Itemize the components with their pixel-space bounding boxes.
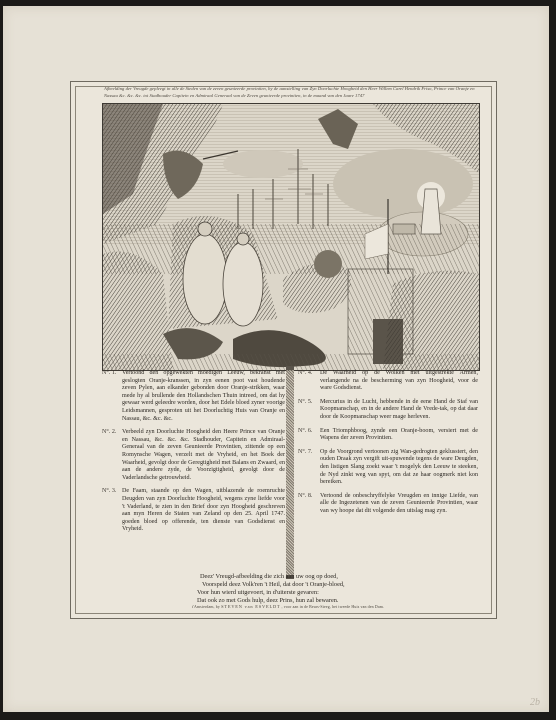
description-item: N°. 7. Op de Voorgrond vertoonen zig Wan… [298,449,478,487]
pencil-annotation: 2b [530,697,540,708]
description-item: N°. 2. Verbeeld zyn Doorluchte Hoogheid … [102,429,285,482]
item-number: N°. 7. [298,449,320,487]
description-item: N°. 5. Mercurius in de Lucht, hebbende i… [298,399,478,422]
description-column-left: N°. 1. Vertoond den opgewekten moedigen … [102,370,285,540]
item-text: De Waarheid op de Wolken met uitgestrekt… [320,370,478,393]
description-item: N°. 4. De Waarheid op de Wolken met uitg… [298,370,478,393]
print-caption: Afbeelding der Vreugde gepleegt in alle … [104,86,489,99]
item-text: Vertoond de onbeschryffelyke Vreugden en… [320,493,478,516]
item-number: N°. 8. [298,493,320,516]
verse-block: Deez' Vreugd-afbeelding die zich aan uw … [180,573,430,605]
item-number: N°. 4. [298,370,320,393]
imprint-prefix: t'Amsterdam, by [192,605,220,609]
imprint-publisher: STEVEN van ESVELDT [221,604,280,609]
item-text: Vertoond den opgewekten moedigen Leeuw, … [122,370,285,423]
verse-line: Deez' Vreugd-afbeelding die zich aan uw … [180,573,430,581]
ornamental-divider [286,370,294,575]
description-item: N°. 1. Vertoond den opgewekten moedigen … [102,370,285,423]
item-text: Verbeeld zyn Doorluchte Hoogheid den Hee… [122,429,285,482]
item-text: De Faam, staande op den Wagen, uitblazen… [122,488,285,534]
item-number: N°. 3. [102,488,122,534]
engraving-image [102,103,480,371]
item-text: Mercurius in de Lucht, hebbende in de ee… [320,399,478,422]
publisher-imprint: t'Amsterdam, by STEVEN van ESVELDT , voo… [108,604,468,609]
item-number: N°. 6. [298,428,320,443]
item-text: Op de Voorgrond vertoonen zig Wan-gedrog… [320,449,478,487]
item-number: N°. 5. [298,399,320,422]
description-item: N°. 6. Een Triomphboog, zynde een Oranje… [298,428,478,443]
item-number: N°. 2. [102,429,122,482]
imprint-suffix: , voor aan in de Beurs-Steeg, het tweede… [282,605,384,609]
description-column-right: N°. 4. De Waarheid op de Wolken met uitg… [298,370,478,522]
item-text: Een Triomphboog, zynde een Oranje-boom, … [320,428,478,443]
item-number: N°. 1. [102,370,122,423]
description-item: N°. 3. De Faam, staande op den Wagen, ui… [102,488,285,534]
description-item: N°. 8. Vertoond de onbeschryffelyke Vreu… [298,493,478,516]
verse-line: Voor hun wierd uitgevoert, in d'uiterste… [180,589,430,597]
verse-line: Voorspeld deez Volk'ren 't Heil, dat doo… [180,581,430,589]
